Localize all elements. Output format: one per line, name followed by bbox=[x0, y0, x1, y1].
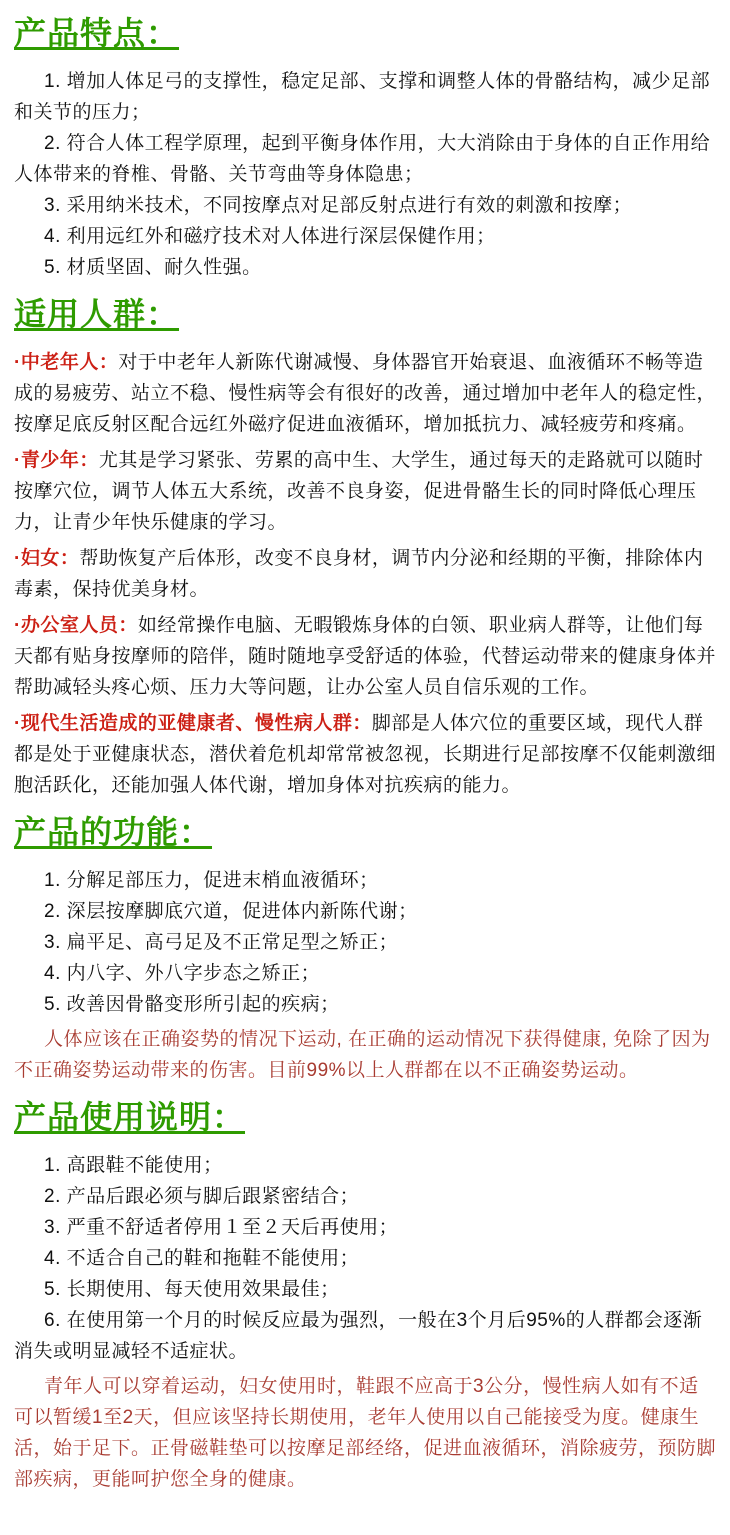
feature-item: 5. 材质坚固、耐久性强。 bbox=[14, 252, 716, 283]
functions-heading: 产品的功能： bbox=[14, 811, 716, 853]
section-audience: 适用人群： ·中老年人：对于中老年人新陈代谢减慢、身体器官开始衰退、血液循环不畅… bbox=[14, 293, 716, 801]
audience-label: ·妇女： bbox=[14, 548, 79, 569]
audience-paragraph-teenagers: ·青少年：尤其是学习紧张、劳累的高中生、大学生，通过每天的走路就可以随时按摩穴位… bbox=[14, 445, 716, 538]
audience-text: 尤其是学习紧张、劳累的高中生、大学生，通过每天的走路就可以随时按摩穴位，调节人体… bbox=[14, 450, 703, 533]
audience-text: 对于中老年人新陈代谢减慢、身体器官开始衰退、血液循环不畅等造成的易疲劳、站立不稳… bbox=[14, 352, 716, 435]
audience-paragraph-subhealthy: ·现代生活造成的亚健康者、慢性病人群：脚部是人体穴位的重要区域，现代人群都是处于… bbox=[14, 708, 716, 801]
section-usage: 产品使用说明： 1. 高跟鞋不能使用； 2. 产品后跟必须与脚后跟紧密结合； 3… bbox=[14, 1096, 716, 1495]
function-item: 4. 内八字、外八字步态之矫正； bbox=[14, 958, 716, 989]
usage-advice-note: 青年人可以穿着运动，妇女使用时，鞋跟不应高于3公分，慢性病人如有不适可以暂缓1至… bbox=[14, 1371, 716, 1495]
feature-item: 2. 符合人体工程学原理，起到平衡身体作用，大大消除由于身体的自正作用给人体带来… bbox=[14, 128, 716, 190]
feature-item: 1. 增加人体足弓的支撑性，稳定足部、支撑和调整人体的骨骼结构，减少足部和关节的… bbox=[14, 66, 716, 128]
audience-text: 帮助恢复产后体形，改变不良身材，调节内分泌和经期的平衡，排除体内毒素，保持优美身… bbox=[14, 548, 703, 600]
audience-label: ·中老年人： bbox=[14, 352, 118, 373]
usage-heading: 产品使用说明： bbox=[14, 1096, 716, 1138]
feature-item: 4. 利用远红外和磁疗技术对人体进行深层保健作用； bbox=[14, 221, 716, 252]
audience-label: ·现代生活造成的亚健康者、慢性病人群： bbox=[14, 713, 372, 734]
audience-paragraph-office-workers: ·办公室人员：如经常操作电脑、无暇锻炼身体的白领、职业病人群等，让他们每天都有贴… bbox=[14, 610, 716, 703]
usage-item: 4. 不适合自己的鞋和拖鞋不能使用； bbox=[14, 1243, 716, 1274]
usage-item: 2. 产品后跟必须与脚后跟紧密结合； bbox=[14, 1181, 716, 1212]
function-item: 5. 改善因骨骼变形所引起的疾病； bbox=[14, 989, 716, 1020]
section-functions: 产品的功能： 1. 分解足部压力，促进末梢血液循环； 2. 深层按摩脚底穴道，促… bbox=[14, 811, 716, 1086]
functions-warning-note: 人体应该在正确姿势的情况下运动, 在正确的运动情况下获得健康, 免除了因为不正确… bbox=[14, 1024, 716, 1086]
product-description-page: 产品特点： 1. 增加人体足弓的支撑性，稳定足部、支撑和调整人体的骨骼结构，减少… bbox=[0, 0, 730, 1535]
function-item: 2. 深层按摩脚底穴道，促进体内新陈代谢； bbox=[14, 896, 716, 927]
audience-heading: 适用人群： bbox=[14, 293, 716, 335]
usage-item: 3. 严重不舒适者停用１至２天后再使用； bbox=[14, 1212, 716, 1243]
features-heading: 产品特点： bbox=[14, 12, 716, 54]
feature-item: 3. 采用纳米技术，不同按摩点对足部反射点进行有效的刺激和按摩； bbox=[14, 190, 716, 221]
function-item: 3. 扁平足、高弓足及不正常足型之矫正； bbox=[14, 927, 716, 958]
usage-item: 1. 高跟鞋不能使用； bbox=[14, 1150, 716, 1181]
audience-paragraph-women: ·妇女：帮助恢复产后体形，改变不良身材，调节内分泌和经期的平衡，排除体内毒素，保… bbox=[14, 543, 716, 605]
audience-label: ·办公室人员： bbox=[14, 615, 138, 636]
function-item: 1. 分解足部压力，促进末梢血液循环； bbox=[14, 865, 716, 896]
section-features: 产品特点： 1. 增加人体足弓的支撑性，稳定足部、支撑和调整人体的骨骼结构，减少… bbox=[14, 12, 716, 283]
usage-item: 6. 在使用第一个月的时候反应最为强烈，一般在3个月后95%的人群都会逐渐消失或… bbox=[14, 1305, 716, 1367]
usage-item: 5. 长期使用、每天使用效果最佳； bbox=[14, 1274, 716, 1305]
audience-label: ·青少年： bbox=[14, 450, 99, 471]
audience-paragraph-middle-aged: ·中老年人：对于中老年人新陈代谢减慢、身体器官开始衰退、血液循环不畅等造成的易疲… bbox=[14, 347, 716, 440]
